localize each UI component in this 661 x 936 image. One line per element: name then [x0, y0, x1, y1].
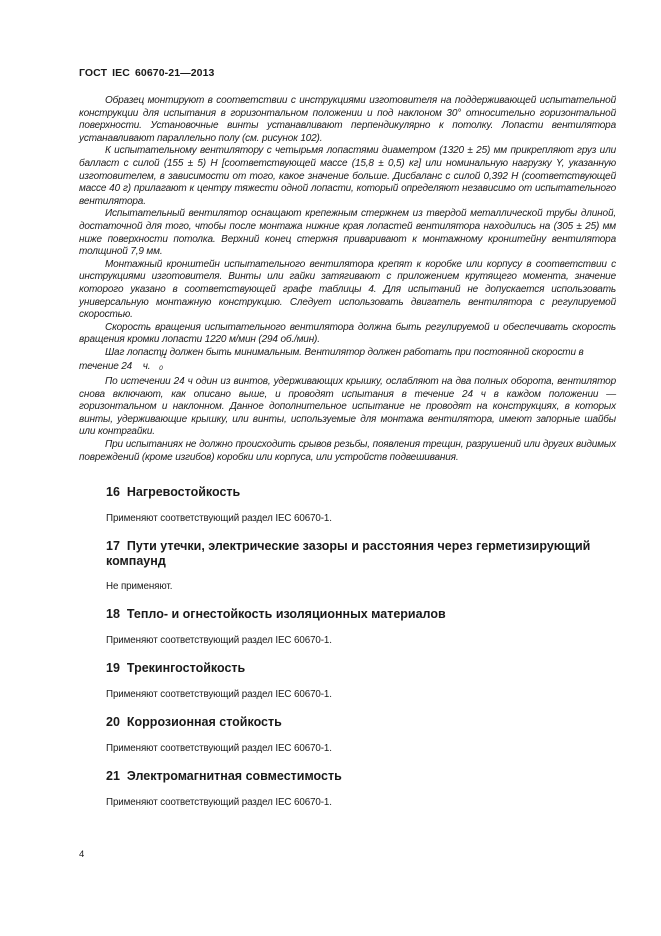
paragraph: Образец монтируют в соответствии с инстр… — [79, 95, 616, 145]
section-17: 17Пути утечки, электрические зазоры и ра… — [106, 539, 616, 569]
section-body: Применяют соответствующий раздел IEC 606… — [106, 513, 332, 524]
paragraph: Скорость вращения испытательного вентиля… — [79, 322, 616, 347]
section-heading: 18Тепло- и огнестойкость изоляционных ма… — [106, 607, 616, 622]
section-title: Тепло- и огнестойкость изоляционных мате… — [127, 607, 446, 621]
page-header: ГОСТ IEC 60670-21—2013 — [79, 67, 215, 79]
section-heading: 20Коррозионная стойкость — [106, 715, 616, 730]
section-number: 18 — [106, 607, 120, 621]
section-16: 16Нагревостойкость Применяют соответству… — [106, 485, 616, 500]
section-title: Электромагнитная совместимость — [127, 769, 342, 783]
section-heading: 19Трекингостойкость — [106, 661, 616, 676]
section-heading: 16Нагревостойкость — [106, 485, 616, 500]
section-body: Применяют соответствующий раздел IEC 606… — [106, 797, 332, 808]
section-number: 19 — [106, 661, 120, 675]
section-number: 20 — [106, 715, 120, 729]
section-18: 18Тепло- и огнестойкость изоляционных ма… — [106, 607, 616, 622]
tolerance-upper: +1 — [133, 351, 166, 364]
section-body: Применяют соответствующий раздел IEC 606… — [106, 743, 332, 754]
section-title: Нагревостойкость — [127, 485, 240, 499]
section-heading: 21Электромагнитная совместимость — [106, 769, 616, 784]
page-number: 4 — [79, 849, 84, 860]
section-body: Применяют соответствующий раздел IEC 606… — [106, 689, 332, 700]
paragraph: Испытательный вентилятор оснащают крепеж… — [79, 208, 616, 258]
tolerance-lower: 0 — [133, 363, 162, 376]
section-title: Пути утечки, электрические зазоры и расс… — [106, 539, 590, 568]
section-21: 21Электромагнитная совместимость Применя… — [106, 769, 616, 784]
section-19: 19Трекингостойкость Применяют соответств… — [106, 661, 616, 676]
body-text-block: Образец монтируют в соответствии с инстр… — [79, 95, 616, 464]
section-title: Трекингостойкость — [127, 661, 245, 675]
section-body: Не применяют. — [106, 581, 172, 592]
tolerance-notation: +10 — [132, 359, 140, 369]
section-20: 20Коррозионная стойкость Применяют соотв… — [106, 715, 616, 730]
paragraph: По истечении 24 ч один из винтов, удержи… — [79, 376, 616, 439]
section-title: Коррозионная стойкость — [127, 715, 282, 729]
section-number: 16 — [106, 485, 120, 499]
section-number: 17 — [106, 539, 120, 553]
paragraph: К испытательному вентилятору с четырьмя … — [79, 145, 616, 208]
paragraph: Монтажный кронштейн испытательного венти… — [79, 259, 616, 322]
duration-paragraph: Шаг лопасти должен быть минимальным. Вен… — [79, 347, 616, 374]
paragraph: При испытаниях не должно происходить сры… — [79, 439, 616, 464]
section-heading: 17Пути утечки, электрические зазоры и ра… — [106, 539, 616, 569]
section-body: Применяют соответствующий раздел IEC 606… — [106, 635, 332, 646]
section-number: 21 — [106, 769, 120, 783]
